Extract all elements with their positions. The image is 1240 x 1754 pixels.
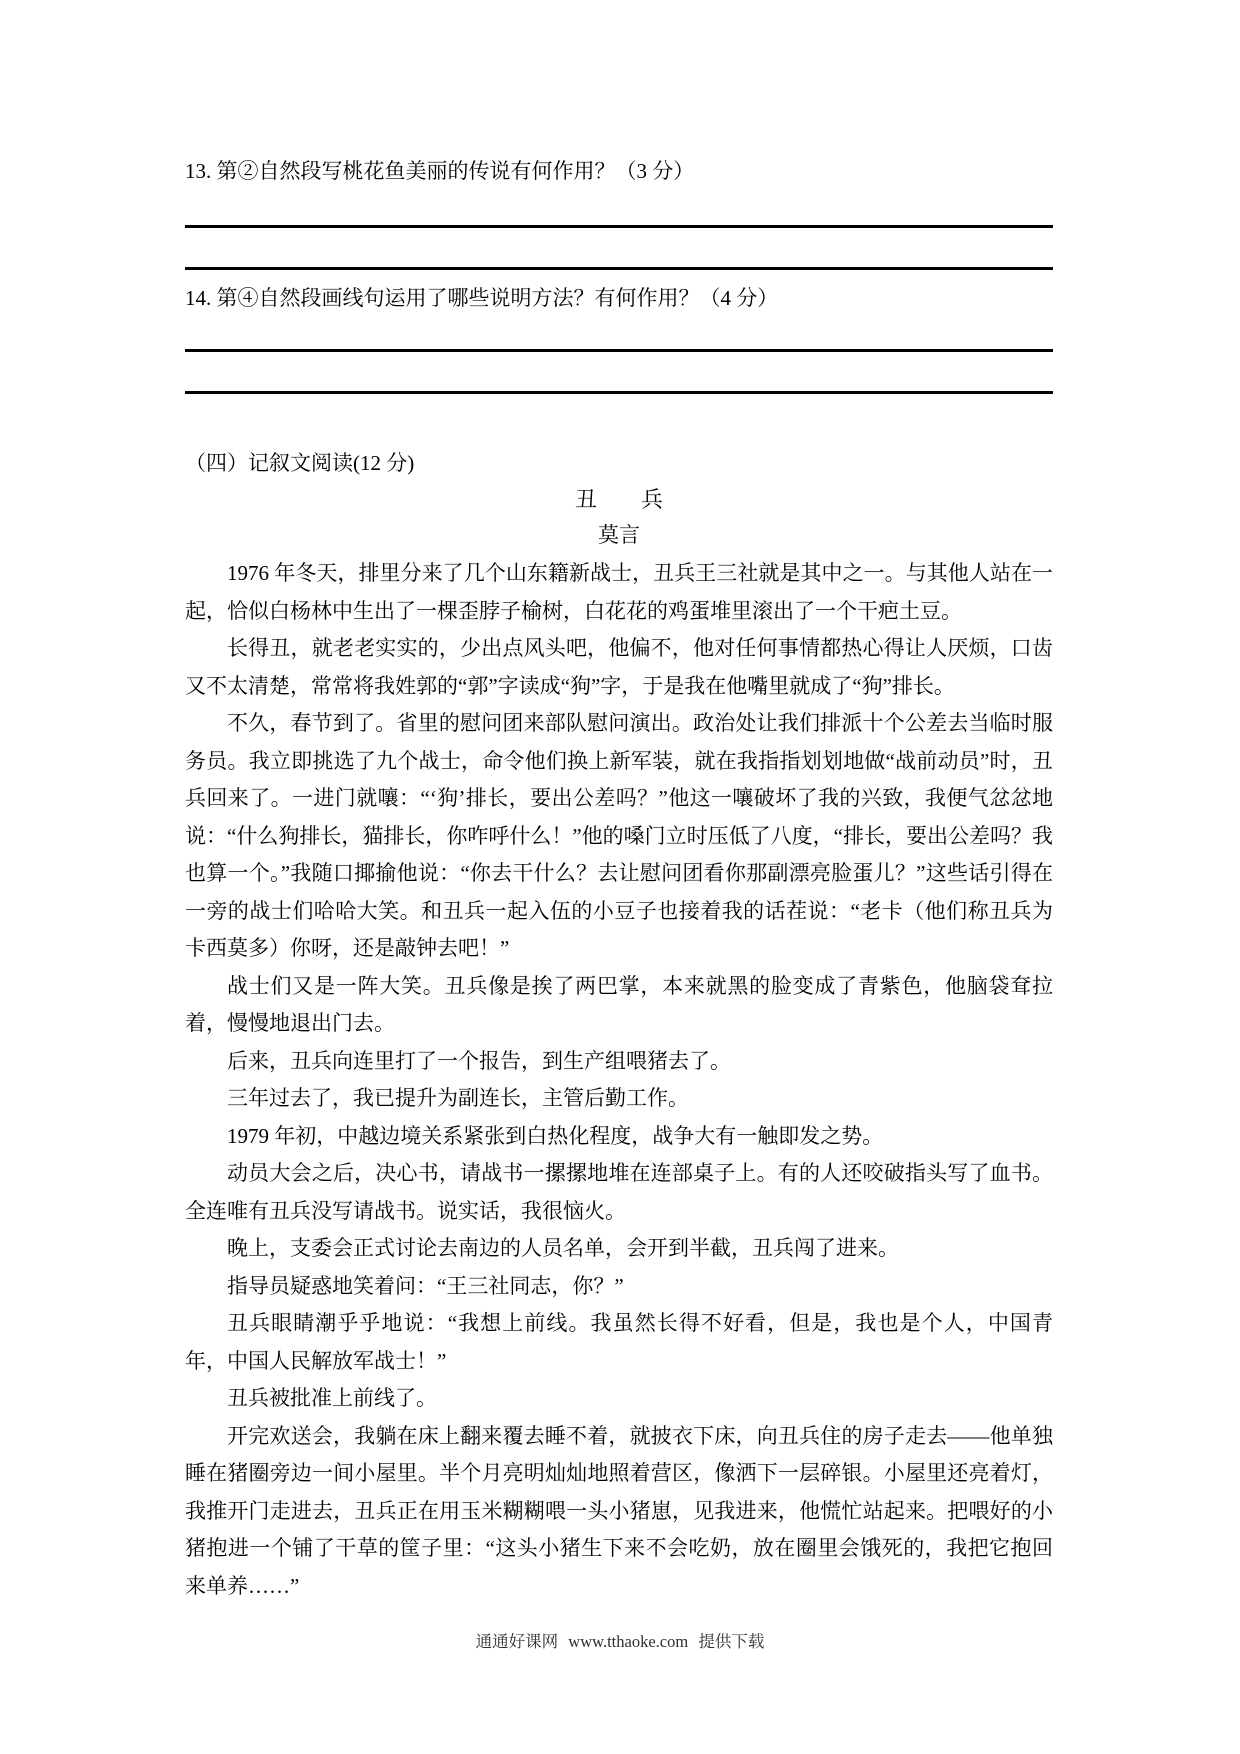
story-paragraph: 战士们又是一阵大笑。丑兵像是挨了两巴掌，本来就黑的脸变成了青紫色，他脑袋耷拉着，…	[185, 968, 1053, 1043]
story-paragraph: 1976 年冬天，排里分来了几个山东籍新战士，丑兵王三社就是其中之一。与其他人站…	[185, 555, 1053, 630]
answer-line-3	[185, 349, 1053, 352]
answer-line-2	[185, 267, 1053, 270]
story-title: 丑 兵	[185, 483, 1053, 514]
answer-line-4	[185, 391, 1053, 394]
question-13: 13. 第②自然段写桃花鱼美丽的传说有何作用？（3 分）	[185, 157, 1053, 185]
story-paragraph: 后来，丑兵向连里打了一个报告，到生产组喂猪去了。	[185, 1043, 1053, 1081]
answer-line-1	[185, 225, 1053, 228]
story-paragraph: 丑兵眼睛潮乎乎地说：“我想上前线。我虽然长得不好看，但是，我也是个人，中国青年，…	[185, 1305, 1053, 1380]
story-paragraph: 1979 年初，中越边境关系紧张到白热化程度，战争大有一触即发之势。	[185, 1118, 1053, 1156]
footer-watermark: 通通好课网 www.tthaoke.com 提供下载	[0, 1628, 1240, 1652]
story-paragraph: 开完欢送会，我躺在床上翻来覆去睡不着，就披衣下床，向丑兵住的房子走去——他单独睡…	[185, 1418, 1053, 1606]
story-paragraph: 丑兵被批准上前线了。	[185, 1380, 1053, 1418]
question-14: 14. 第④自然段画线句运用了哪些说明方法？有何作用？（4 分）	[185, 284, 1053, 312]
story-paragraph: 晚上，支委会正式讨论去南边的人员名单，会开到半截，丑兵闯了进来。	[185, 1230, 1053, 1268]
story-paragraph: 动员大会之后，决心书，请战书一摞摞地堆在连部桌子上。有的人还咬破指头写了血书。全…	[185, 1155, 1053, 1230]
exam-page: 13. 第②自然段写桃花鱼美丽的传说有何作用？（3 分） 14. 第④自然段画线…	[0, 0, 1240, 1754]
section-heading-reading: （四）记叙文阅读(12 分)	[185, 447, 1053, 477]
story-paragraph: 不久，春节到了。省里的慰问团来部队慰问演出。政治处让我们排派十个公差去当临时服务…	[185, 705, 1053, 968]
story-body: 1976 年冬天，排里分来了几个山东籍新战士，丑兵王三社就是其中之一。与其他人站…	[185, 555, 1053, 1605]
story-paragraph: 长得丑，就老老实实的，少出点风头吧，他偏不，他对任何事情都热心得让人厌烦，口齿又…	[185, 630, 1053, 705]
story-paragraph: 三年过去了，我已提升为副连长，主管后勤工作。	[185, 1080, 1053, 1118]
story-author: 莫言	[185, 519, 1053, 549]
story-paragraph: 指导员疑惑地笑着问：“王三社同志，你？”	[185, 1268, 1053, 1306]
